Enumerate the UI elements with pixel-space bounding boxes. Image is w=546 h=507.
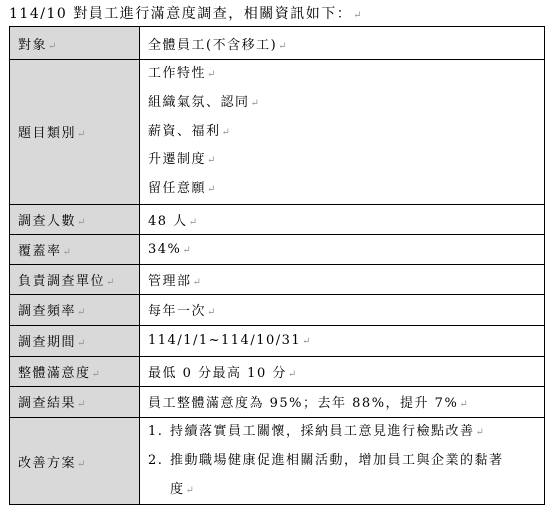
- paragraph-mark-icon: ↵: [92, 369, 100, 380]
- paragraph-mark-icon: ↵: [182, 245, 190, 256]
- category-item: 留任意願↵: [148, 175, 544, 204]
- paragraph-mark-icon: ↵: [251, 98, 259, 109]
- paragraph-mark-icon: ↵: [193, 277, 201, 288]
- table-row-period: 調查期間↵ 114/1/1~114/10/31↵: [10, 325, 545, 356]
- row-label: 覆蓋率↵: [10, 234, 140, 264]
- table-row-responsible-unit: 負責調查單位↵ 管理部↵: [10, 264, 545, 294]
- document-heading: 114/10 對員工進行滿意度調查，相關資訊如下：↵: [9, 3, 362, 23]
- row-value: 1.持續落實員工關懷，採納員工意見進行檢點改善↵ 2.推動職場健康促進相關活動，…: [140, 417, 545, 504]
- row-label: 題目類別↵: [10, 60, 140, 205]
- paragraph-mark-icon: ↵: [63, 247, 71, 258]
- paragraph-mark-icon: ↵: [77, 338, 85, 349]
- paragraph-mark-icon: ↵: [476, 427, 484, 438]
- row-label: 調查人數↵: [10, 204, 140, 234]
- paragraph-mark-icon: ↵: [353, 10, 361, 21]
- table-row-overall-satisfaction: 整體滿意度↵ 最低 0 分最高 10 分↵: [10, 356, 545, 386]
- paragraph-mark-icon: ↵: [278, 41, 286, 52]
- category-item: 工作特性↵: [148, 60, 544, 89]
- paragraph-mark-icon: ↵: [77, 399, 85, 410]
- row-label: 改善方案↵: [10, 417, 140, 504]
- paragraph-mark-icon: ↵: [77, 129, 85, 140]
- plan-item: 1.持續落實員工關懷，採納員工意見進行檢點改善↵: [148, 418, 544, 447]
- table-row-question-categories: 題目類別↵ 工作特性↵ 組織氣氛、認同↵ 薪資、福利↵ 升遷制度↵ 留任意願↵: [10, 60, 545, 205]
- row-value: 34%↵: [140, 234, 545, 264]
- table-row-target: 對象↵ 全體員工(不含移工)↵: [10, 27, 545, 60]
- paragraph-mark-icon: ↵: [186, 485, 194, 496]
- category-item: 組織氣氛、認同↵: [148, 89, 544, 118]
- row-label: 調查結果↵: [10, 386, 140, 417]
- paragraph-mark-icon: ↵: [106, 277, 114, 288]
- paragraph-mark-icon: ↵: [77, 217, 85, 228]
- paragraph-mark-icon: ↵: [207, 155, 215, 166]
- category-item: 薪資、福利↵: [148, 118, 544, 147]
- row-value: 工作特性↵ 組織氣氛、認同↵ 薪資、福利↵ 升遷制度↵ 留任意願↵: [140, 60, 545, 205]
- row-value: 管理部↵: [140, 264, 545, 294]
- paragraph-mark-icon: ↵: [302, 336, 310, 347]
- row-value: 114/1/1~114/10/31↵: [140, 325, 545, 356]
- row-label: 調查頻率↵: [10, 294, 140, 325]
- paragraph-mark-icon: ↵: [77, 307, 85, 318]
- table-row-survey-count: 調查人數↵ 48 人↵: [10, 204, 545, 234]
- paragraph-mark-icon: ↵: [222, 127, 230, 138]
- paragraph-mark-icon: ↵: [48, 41, 56, 52]
- paragraph-mark-icon: ↵: [288, 369, 296, 380]
- plan-item-continuation: 度↵: [148, 476, 544, 505]
- row-label: 整體滿意度↵: [10, 356, 140, 386]
- row-label: 負責調查單位↵: [10, 264, 140, 294]
- paragraph-mark-icon: ↵: [207, 69, 215, 80]
- paragraph-mark-icon: ↵: [207, 307, 215, 318]
- row-value: 全體員工(不含移工)↵: [140, 27, 545, 60]
- table-row-frequency: 調查頻率↵ 每年一次↵: [10, 294, 545, 325]
- survey-info-table: 對象↵ 全體員工(不含移工)↵ 題目類別↵ 工作特性↵ 組織氣氛、認同↵ 薪資、…: [9, 26, 545, 505]
- paragraph-mark-icon: ↵: [459, 399, 467, 410]
- paragraph-mark-icon: ↵: [189, 217, 197, 228]
- paragraph-mark-icon: ↵: [77, 459, 85, 470]
- row-value: 48 人↵: [140, 204, 545, 234]
- table-row-result: 調查結果↵ 員工整體滿意度為 95%；去年 88%，提升 7%↵: [10, 386, 545, 417]
- table-row-improvement-plan: 改善方案↵ 1.持續落實員工關懷，採納員工意見進行檢點改善↵ 2.推動職場健康促…: [10, 417, 545, 504]
- row-value: 員工整體滿意度為 95%；去年 88%，提升 7%↵: [140, 386, 545, 417]
- heading-text: 114/10 對員工進行滿意度調查，相關資訊如下：: [9, 6, 352, 22]
- paragraph-mark-icon: ↵: [207, 184, 215, 195]
- category-item: 升遷制度↵: [148, 146, 544, 175]
- plan-item: 2.推動職場健康促進相關活動，增加員工與企業的黏著: [148, 447, 544, 476]
- row-value: 每年一次↵: [140, 294, 545, 325]
- row-label: 調查期間↵: [10, 325, 140, 356]
- row-label: 對象↵: [10, 27, 140, 60]
- row-value: 最低 0 分最高 10 分↵: [140, 356, 545, 386]
- table-row-coverage: 覆蓋率↵ 34%↵: [10, 234, 545, 264]
